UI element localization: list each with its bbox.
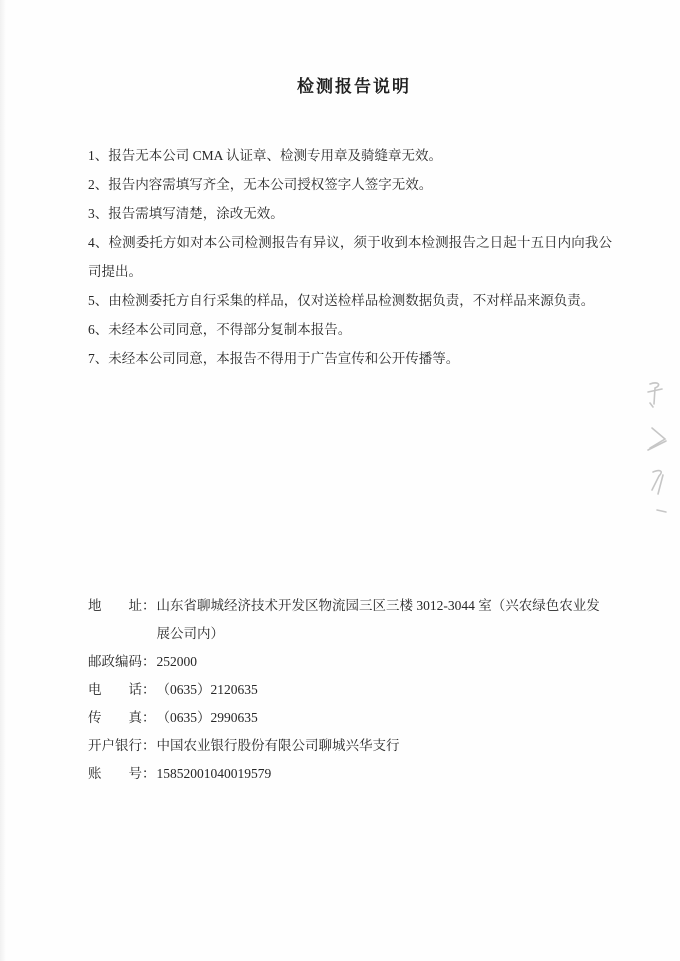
- contact-row-bank: 开户银行 ： 中国农业银行股份有限公司聊城兴华支行: [88, 732, 628, 760]
- contact-info-block: 地址 ： 山东省聊城经济技术开发区物流园三区三楼 3012-3044 室（兴农绿…: [88, 592, 628, 788]
- contact-row-postal-code: 邮政编码 ： 252000: [88, 648, 628, 676]
- account-number-value: 15852001040019579: [157, 760, 609, 788]
- account-number-label: 账号: [88, 760, 142, 788]
- label-colon: ：: [142, 676, 156, 704]
- fax-label: 传真: [88, 704, 142, 732]
- fax-value: （0635）2990635: [157, 704, 609, 732]
- label-colon: ：: [142, 704, 156, 732]
- note-item-5: 5、由检测委托方自行采集的样品，仅对送检样品检测数据负责，不对样品来源负责。: [88, 286, 612, 315]
- address-label: 地址: [88, 592, 142, 620]
- bank-label: 开户银行: [88, 732, 142, 760]
- note-item-7: 7、未经本公司同意，本报告不得用于广告宣传和公开传播等。: [88, 344, 612, 373]
- postal-code-value: 252000: [157, 648, 609, 676]
- contact-row-address: 地址 ： 山东省聊城经济技术开发区物流园三区三楼 3012-3044 室（兴农绿…: [88, 592, 628, 648]
- label-colon: ：: [142, 760, 156, 788]
- handwriting-marks-artifact: [634, 378, 676, 528]
- page-title: 检测报告说明: [88, 72, 620, 97]
- note-item-4: 4、检测委托方如对本公司检测报告有异议，须于收到本检测报告之日起十五日内向我公司…: [88, 228, 612, 286]
- contact-row-phone: 电话 ： （0635）2120635: [88, 676, 628, 704]
- note-item-6: 6、未经本公司同意，不得部分复制本报告。: [88, 315, 612, 344]
- contact-row-account-number: 账号 ： 15852001040019579: [88, 760, 628, 788]
- scanned-report-page: 检测报告说明 1、报告无本公司 CMA 认证章、检测专用章及骑缝章无效。 2、报…: [0, 0, 680, 961]
- note-item-1: 1、报告无本公司 CMA 认证章、检测专用章及骑缝章无效。: [88, 141, 612, 170]
- note-item-2: 2、报告内容需填写齐全，无本公司授权签字人签字无效。: [88, 170, 612, 199]
- postal-code-label: 邮政编码: [88, 648, 142, 676]
- report-notes-list: 1、报告无本公司 CMA 认证章、检测专用章及骑缝章无效。 2、报告内容需填写齐…: [88, 141, 612, 373]
- bank-value: 中国农业银行股份有限公司聊城兴华支行: [157, 732, 609, 760]
- label-colon: ：: [142, 648, 156, 676]
- phone-label: 电话: [88, 676, 142, 704]
- note-item-3: 3、报告需填写清楚，涂改无效。: [88, 199, 612, 228]
- label-colon: ：: [142, 592, 156, 620]
- address-value: 山东省聊城经济技术开发区物流园三区三楼 3012-3044 室（兴农绿色农业发展…: [157, 592, 609, 648]
- phone-value: （0635）2120635: [157, 676, 609, 704]
- label-colon: ：: [142, 732, 156, 760]
- contact-row-fax: 传真 ： （0635）2990635: [88, 704, 628, 732]
